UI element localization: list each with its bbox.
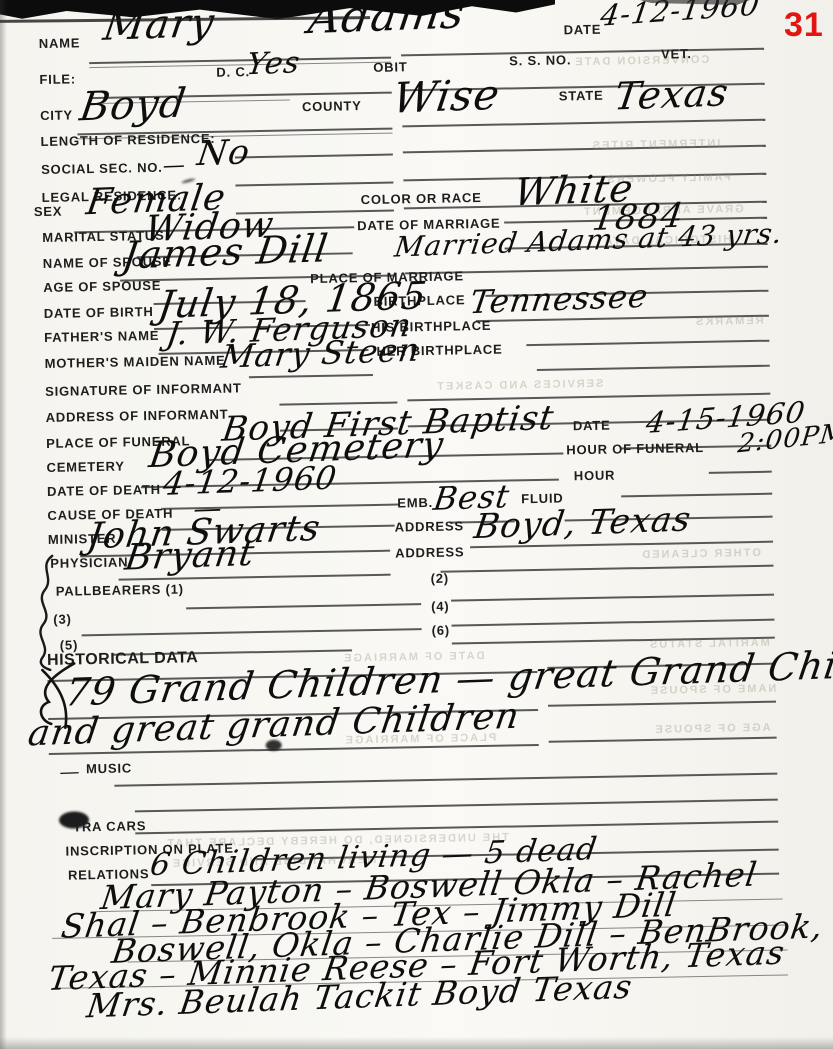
- field-label-name: NAME: [39, 35, 81, 51]
- bleed-through-text: OTHER CLEANED: [640, 547, 761, 561]
- field-label-hour-of-funeral: HOUR OF FUNERAL: [566, 440, 704, 458]
- rule-line: [114, 773, 777, 787]
- rule-line: [526, 340, 769, 346]
- rule-line: [186, 603, 421, 609]
- field-label-mothers-maiden-name: MOTHER'S MAIDEN NAME: [45, 353, 226, 371]
- bleed-through-text: REMARKS: [694, 315, 764, 328]
- rule-line: [249, 374, 373, 378]
- field-label-funeral-date: DATE: [573, 418, 611, 434]
- pen-brace: [30, 554, 62, 673]
- scan-edge-bottom: [0, 1037, 833, 1049]
- field-label-pallbearers-1: PALLBEARERS (1): [56, 581, 184, 598]
- rule-line: [235, 182, 393, 187]
- field-label-county: COUNTY: [302, 98, 362, 114]
- rule-line: [549, 737, 777, 743]
- handwriting-mothers-maiden-name: Mary Steen: [219, 334, 423, 373]
- field-label-physician-address: ADDRESS: [395, 544, 464, 560]
- rule-line: [441, 565, 774, 573]
- handwriting-minister-address: Boyd, Texas: [472, 502, 693, 544]
- handwriting-dc-value: Yes: [245, 48, 303, 80]
- handwriting-spouse-name: James Dill: [120, 229, 331, 274]
- handwriting-birthplace: Tennessee: [468, 280, 651, 318]
- field-label-date-of-death: DATE OF DEATH: [47, 482, 161, 499]
- rule-line: [452, 619, 775, 627]
- page-number: 31: [784, 6, 824, 45]
- handwriting-social-sec-dash: —: [161, 155, 187, 178]
- form-content: CONVERSION DATEINTERMENT RITESFAMILY FLO…: [0, 0, 833, 1049]
- scanned-funeral-record-page: CONVERSION DATEINTERMENT RITESFAMILY FLO…: [0, 0, 833, 1049]
- field-label-pallbearers-2: (2): [431, 571, 450, 586]
- rule-line: [407, 393, 770, 402]
- field-label-minister-address: ADDRESS: [395, 518, 464, 534]
- field-label-music: MUSIC: [86, 760, 132, 776]
- field-label-pallbearers-6: (6): [431, 623, 450, 638]
- handwriting-county: Wise: [390, 74, 502, 120]
- field-label-pallbearers-5: (5): [60, 637, 79, 652]
- handwriting-social-sec-value: No: [195, 135, 252, 171]
- rule-line: [548, 701, 776, 707]
- field-label-address-of-informant: ADDRESS OF INFORMANT: [46, 407, 229, 425]
- field-label-date-of-birth: DATE OF BIRTH: [44, 304, 154, 321]
- rule-line: [537, 365, 770, 371]
- field-label-length-of-residence: LENGTH OF RESIDENCE:: [40, 131, 215, 149]
- field-label-state: STATE: [559, 88, 604, 104]
- rule-line: [709, 471, 772, 474]
- handwriting-state: Texas: [612, 73, 731, 115]
- field-label-fathers-name: FATHER'S NAME: [44, 328, 159, 345]
- handwriting-date-of-death: 4-12-1960: [161, 462, 339, 500]
- field-label-social-sec: SOCIAL SEC. NO.: [41, 160, 163, 177]
- rule-line: [621, 493, 772, 498]
- pen-scribble: [34, 661, 81, 732]
- rule-line: [135, 799, 778, 813]
- handwriting-physician: Bryant: [123, 536, 257, 577]
- field-label-signature-of-informant: SIGNATURE OF INFORMANT: [45, 380, 242, 399]
- field-label-sex: SEX: [34, 204, 63, 220]
- field-label-ssn: S. S. NO.: [509, 52, 571, 68]
- field-label-pallbearers-4: (4): [431, 599, 450, 614]
- field-label-file: FILE:: [39, 71, 76, 87]
- bleed-through-text: SERVICES AND CASKET: [435, 378, 603, 393]
- field-label-emb: EMB.: [397, 495, 433, 511]
- bleed-through-text: INTERMENT RITES: [591, 138, 721, 152]
- handwriting-city: Boyd: [77, 83, 189, 127]
- bleed-through-text: AGE OF SPOUSE: [653, 722, 770, 736]
- field-label-vet: VET.: [661, 46, 692, 62]
- handwriting-music-dash: —: [58, 761, 82, 782]
- field-label-hour: HOUR: [574, 468, 616, 484]
- field-label-date: DATE: [563, 22, 601, 38]
- rule-line: [235, 154, 393, 159]
- scan-edge-left: [0, 0, 7, 1049]
- field-label-color-or-race: COLOR OR RACE: [361, 190, 482, 207]
- rule-line: [451, 594, 774, 602]
- field-label-city: CITY: [40, 107, 73, 123]
- rule-line: [82, 628, 422, 636]
- field-label-cemetery: CEMETERY: [46, 459, 124, 475]
- field-label-age-of-spouse: AGE OF SPOUSE: [43, 278, 161, 295]
